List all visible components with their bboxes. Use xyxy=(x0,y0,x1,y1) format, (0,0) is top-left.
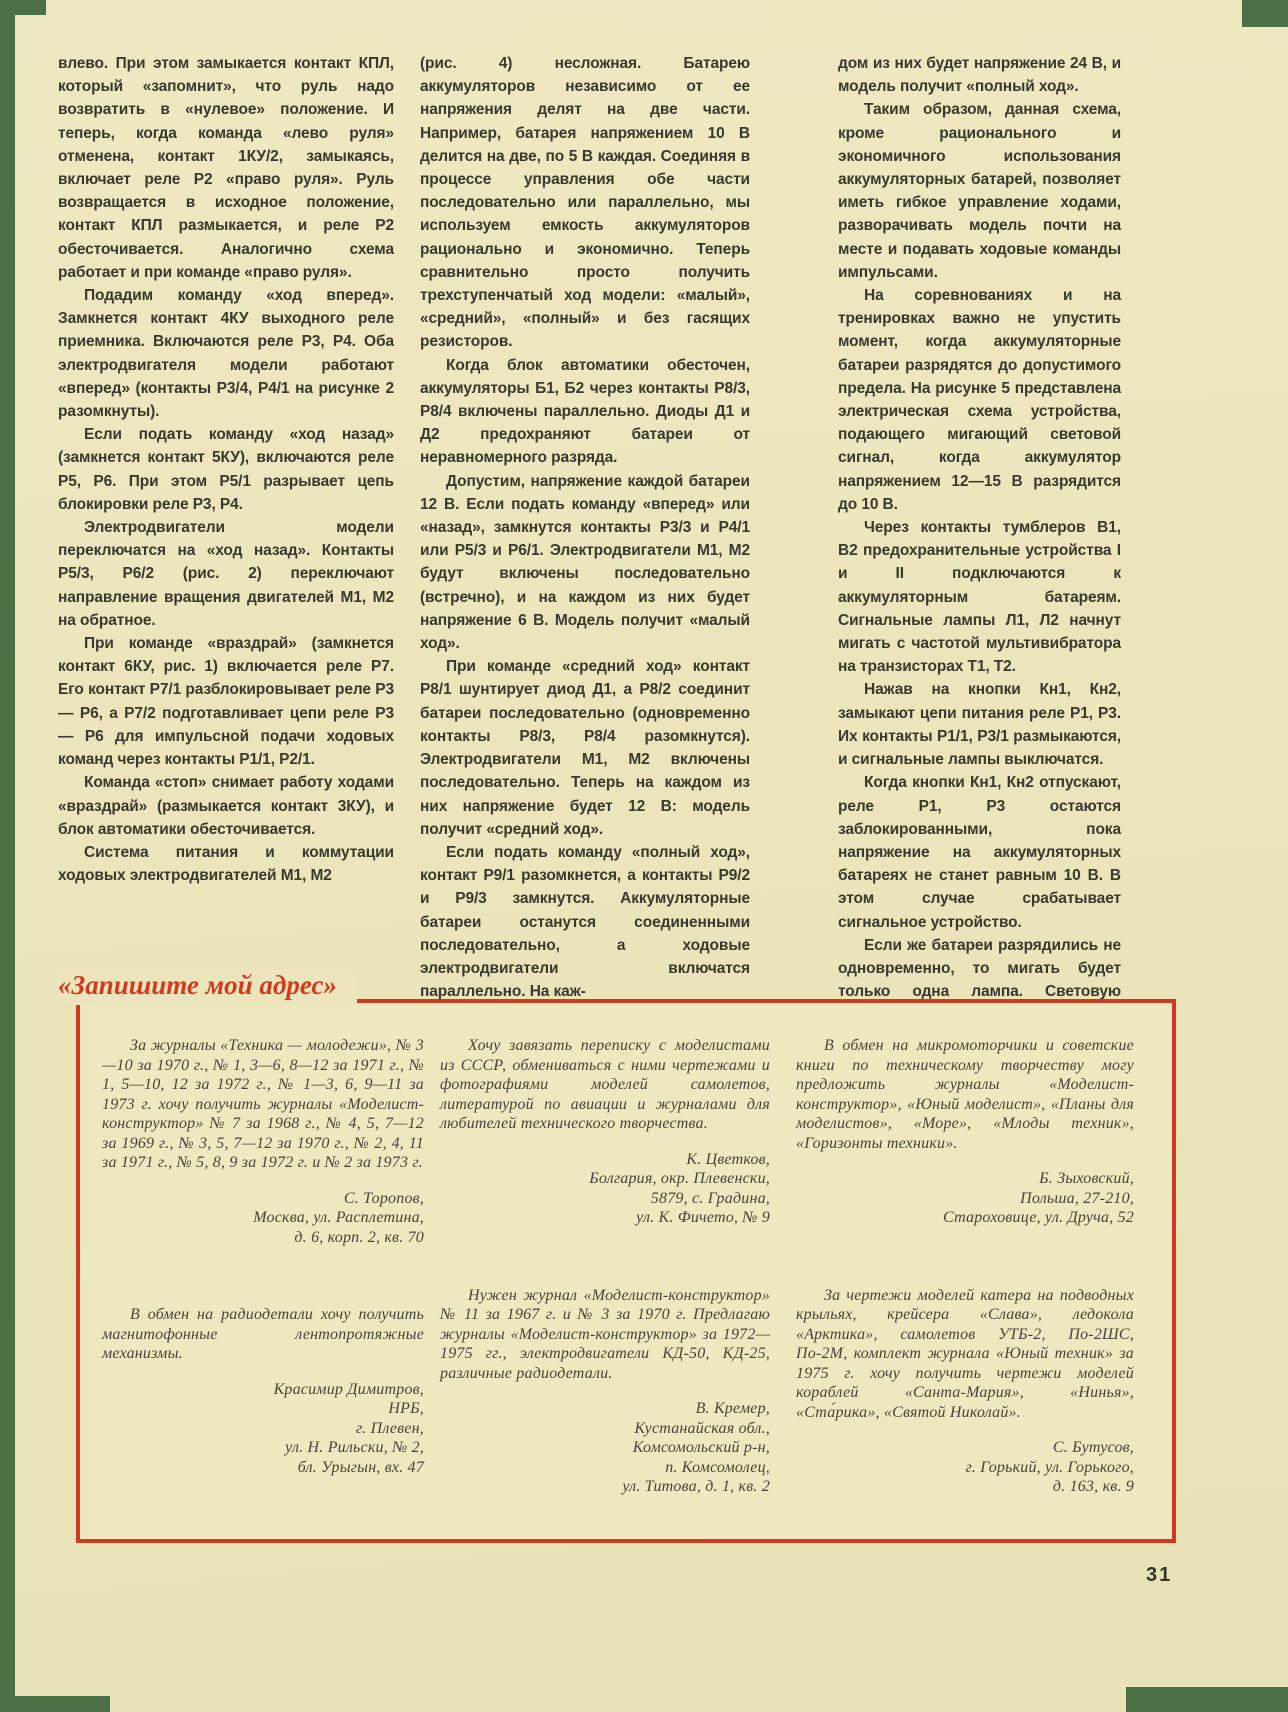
ad-signature-line: С. Бутусов, xyxy=(796,1438,1134,1458)
ad-signature-line: д. 6, корп. 2, кв. 70 xyxy=(102,1228,424,1248)
article-paragraph: Нажав на кнопки Кн1, Кн2, замыкают цепи … xyxy=(838,678,1121,771)
scan-edge-bottom-left xyxy=(0,1696,110,1712)
ad-signature-line: ул. Титова, д. 1, кв. 2 xyxy=(440,1477,770,1497)
ad-text: За журналы «Техника — молодежи», № 3—10 … xyxy=(102,1036,424,1173)
article-column-3: дом из них будет напряжение 24 В, и моде… xyxy=(838,52,1121,1110)
ad-signature-line: К. Цветков, xyxy=(440,1150,770,1170)
ads-column-3: В обмен на микромоторчики и советские кн… xyxy=(796,1036,1134,1497)
article-paragraph: дом из них будет напряжение 24 В, и моде… xyxy=(838,52,1121,98)
ad-text: Нужен журнал «Моделист-конструктор» № 11… xyxy=(440,1286,770,1384)
ad-signature-line: бл. Урыгын, вх. 47 xyxy=(102,1458,424,1478)
article-column-1: влево. При этом замыкается контакт КПЛ, … xyxy=(58,52,394,887)
ad-signature-line: В. Кремер, xyxy=(440,1399,770,1419)
ad-text: Хочу завязать переписку с моделистами из… xyxy=(440,1036,770,1134)
ad-signature: Б. Зыховский,Польша, 27-210,Староховице,… xyxy=(796,1169,1134,1228)
article-paragraph: При команде «враздрай» (замкнется контак… xyxy=(58,632,394,771)
ad-signature-line: Комсомольский р-н, xyxy=(440,1438,770,1458)
scan-edge-top-right xyxy=(1242,0,1288,27)
classified-ad: Нужен журнал «Моделист-конструктор» № 11… xyxy=(440,1286,770,1497)
classified-ad: За журналы «Техника — молодежи», № 3—10 … xyxy=(102,1036,424,1247)
article-paragraph: Электродвигатели модели переключатся на … xyxy=(58,516,394,632)
scan-edge-left xyxy=(0,0,15,1712)
ad-text: За чертежи моделей катера на подводных к… xyxy=(796,1286,1134,1423)
ad-signature-line: д. 163, кв. 9 xyxy=(796,1477,1134,1497)
scan-edge-bottom-right xyxy=(1126,1687,1288,1712)
scan-edge-top-left xyxy=(0,0,46,15)
ad-signature: С. Торопов,Москва, ул. Расплетина,д. 6, … xyxy=(102,1189,424,1248)
article-paragraph: Когда кнопки Кн1, Кн2 отпускают, реле Р1… xyxy=(838,771,1121,933)
article-column-2: (рис. 4) несложная. Батарею аккумуляторо… xyxy=(420,52,750,1003)
article-paragraph: При команде «средний ход» контакт Р8/1 ш… xyxy=(420,655,750,841)
article-paragraph: Команда «стоп» снимает работу ходами «вр… xyxy=(58,771,394,841)
ad-signature-line: г. Горький, ул. Горького, xyxy=(796,1458,1134,1478)
article-paragraph: Если подать команду «полный ход», контак… xyxy=(420,841,750,1003)
ad-signature-line: 5879, с. Градина, xyxy=(440,1189,770,1209)
ads-section-title: «Запишите мой адрес» xyxy=(58,970,357,1005)
ad-signature: В. Кремер,Кустанайская обл.,Комсомольски… xyxy=(440,1399,770,1497)
ad-signature-line: Красимир Димитров, xyxy=(102,1380,424,1400)
classified-ad: За чертежи моделей катера на подводных к… xyxy=(796,1286,1134,1497)
classified-ad: В обмен на микромоторчики и советские кн… xyxy=(796,1036,1134,1228)
ad-signature-line: НРБ, xyxy=(102,1399,424,1419)
ad-signature-line: ул. Н. Рильски, № 2, xyxy=(102,1438,424,1458)
ad-signature-line: Кустанайская обл., xyxy=(440,1419,770,1439)
ad-signature: К. Цветков,Болгария, окр. Плевенски,5879… xyxy=(440,1150,770,1228)
ad-signature-line: Польша, 27-210, xyxy=(796,1189,1134,1209)
ad-signature-line: Болгария, окр. Плевенски, xyxy=(440,1169,770,1189)
page-number: 31 xyxy=(1146,1564,1172,1587)
article-paragraph: (рис. 4) несложная. Батарею аккумуляторо… xyxy=(420,52,750,354)
article-paragraph: Допустим, напряжение каждой батареи 12 В… xyxy=(420,470,750,656)
article-paragraph: На соревнованиях и на тренировках важно … xyxy=(838,284,1121,516)
ad-signature: Красимир Димитров,НРБ,г. Плевен,ул. Н. Р… xyxy=(102,1380,424,1478)
classified-ad: Хочу завязать переписку с моделистами из… xyxy=(440,1036,770,1228)
ad-signature-line: С. Торопов, xyxy=(102,1189,424,1209)
article-paragraph: Подадим команду «ход вперед». Замкнется … xyxy=(58,284,394,423)
ads-column-2: Хочу завязать переписку с моделистами из… xyxy=(440,1036,770,1497)
ad-text: В обмен на радиодетали хочу получить маг… xyxy=(102,1305,424,1364)
ad-text: В обмен на микромоторчики и советские кн… xyxy=(796,1036,1134,1153)
ad-signature-line: Староховице, ул. Друча, 52 xyxy=(796,1208,1134,1228)
ad-signature-line: Б. Зыховский, xyxy=(796,1169,1134,1189)
magazine-page: влево. При этом замыкается контакт КПЛ, … xyxy=(0,0,1288,1712)
classified-ad: В обмен на радиодетали хочу получить маг… xyxy=(102,1305,424,1477)
ad-signature-line: ул. К. Фичето, № 9 xyxy=(440,1208,770,1228)
article-paragraph: Когда блок автоматики обесточен, аккумул… xyxy=(420,354,750,470)
article-paragraph: Таким образом, данная схема, кроме рацио… xyxy=(838,98,1121,284)
article-paragraph: Если подать команду «ход назад» (замкнет… xyxy=(58,423,394,516)
ad-signature: С. Бутусов,г. Горький, ул. Горького,д. 1… xyxy=(796,1438,1134,1497)
ads-column-1: За журналы «Техника — молодежи», № 3—10 … xyxy=(102,1036,424,1477)
ad-signature-line: п. Комсомолец, xyxy=(440,1458,770,1478)
ad-signature-line: Москва, ул. Расплетина, xyxy=(102,1208,424,1228)
article-paragraph: Система питания и коммутации ходовых эле… xyxy=(58,841,394,887)
article-paragraph: влево. При этом замыкается контакт КПЛ, … xyxy=(58,52,394,284)
ad-signature-line: г. Плевен, xyxy=(102,1419,424,1439)
article-paragraph: Через контакты тумблеров В1, В2 предохра… xyxy=(838,516,1121,678)
